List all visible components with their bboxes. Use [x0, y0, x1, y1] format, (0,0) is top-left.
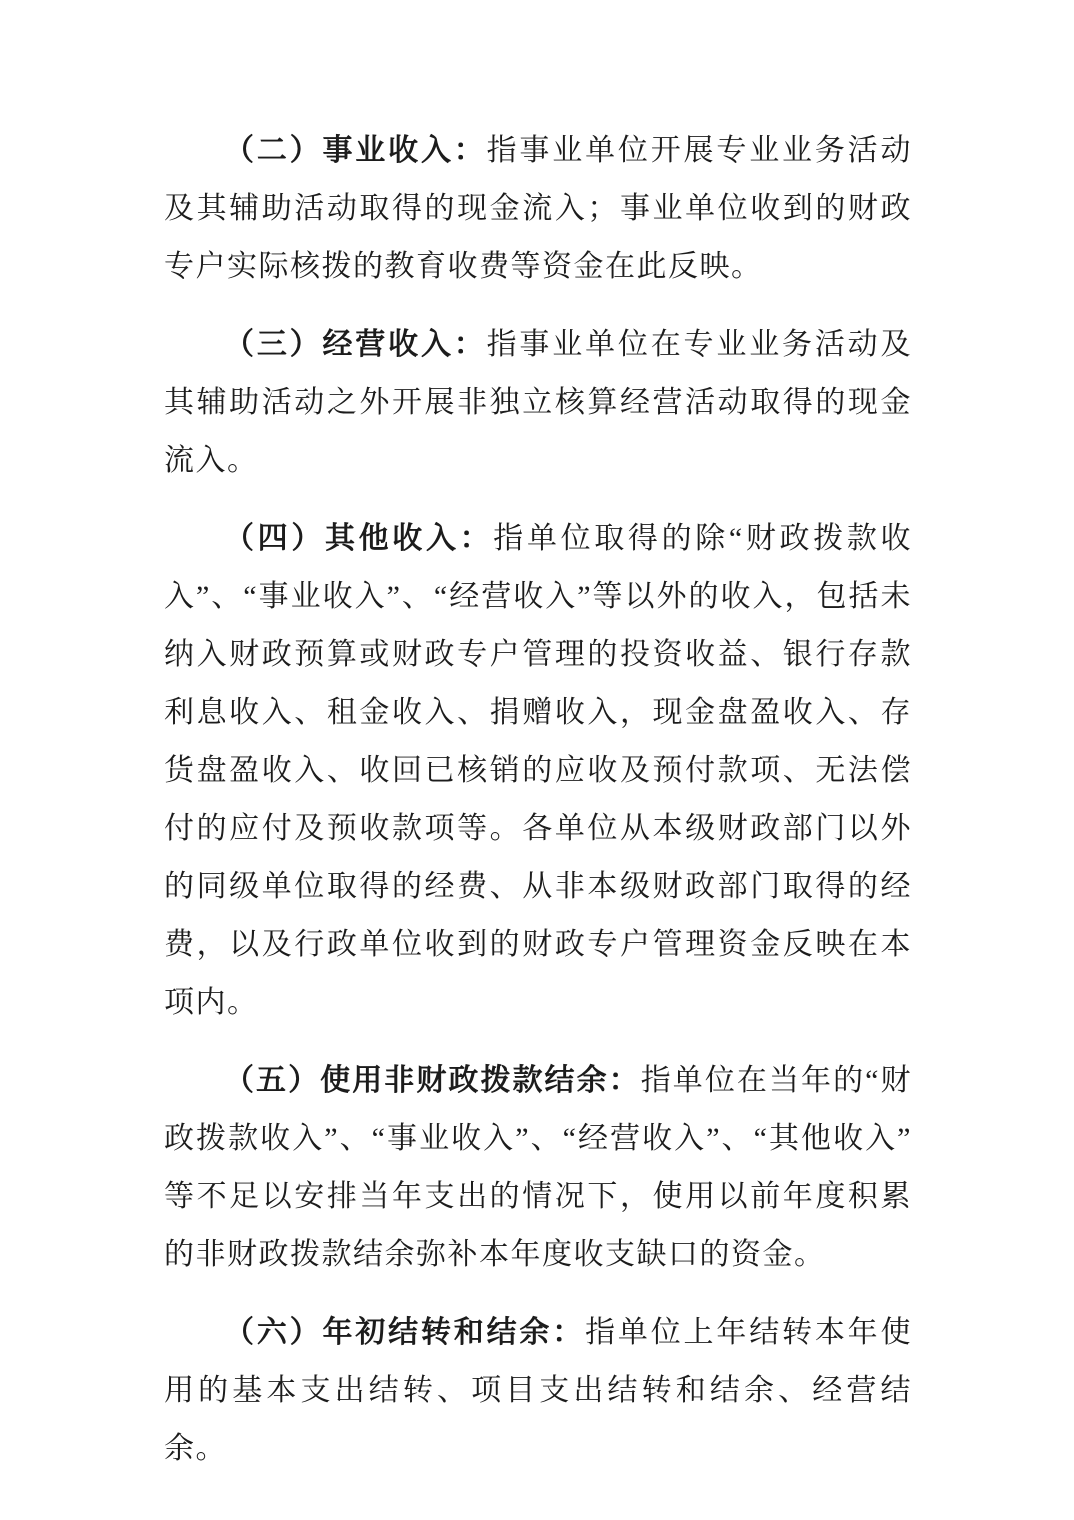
paragraph-container: （二）事业收入：指事业单位开展专业业务活动及其辅助活动取得的现金流入；事业单位收…: [164, 122, 912, 1478]
paragraph-label: （六）年初结转和结余：: [224, 1316, 585, 1349]
paragraph-label: （三）经营收入：: [224, 328, 487, 361]
paragraph: （三）经营收入：指事业单位在专业业务活动及其辅助活动之外开展非独立核算经营活动取…: [164, 316, 912, 490]
document-page: （二）事业收入：指事业单位开展专业业务活动及其辅助活动取得的现金流入；事业单位收…: [0, 0, 1074, 1520]
paragraph-label: （四）其他收入：: [224, 522, 493, 555]
paragraph: （六）年初结转和结余：指单位上年结转本年使用的基本支出结转、项目支出结转和结余、…: [164, 1304, 912, 1478]
paragraph: （四）其他收入：指单位取得的除“财政拨款收入”、“事业收入”、“经营收入”等以外…: [164, 510, 912, 1032]
paragraph: （二）事业收入：指事业单位开展专业业务活动及其辅助活动取得的现金流入；事业单位收…: [164, 122, 912, 296]
paragraph: （五）使用非财政拨款结余：指单位在当年的“财政拨款收入”、“事业收入”、“经营收…: [164, 1052, 912, 1284]
paragraph-label: （五）使用非财政拨款结余：: [224, 1064, 641, 1097]
paragraph-body: 指单位取得的除“财政拨款收入”、“事业收入”、“经营收入”等以外的收入，包括未纳…: [164, 522, 912, 1019]
paragraph-label: （二）事业收入：: [224, 134, 487, 167]
